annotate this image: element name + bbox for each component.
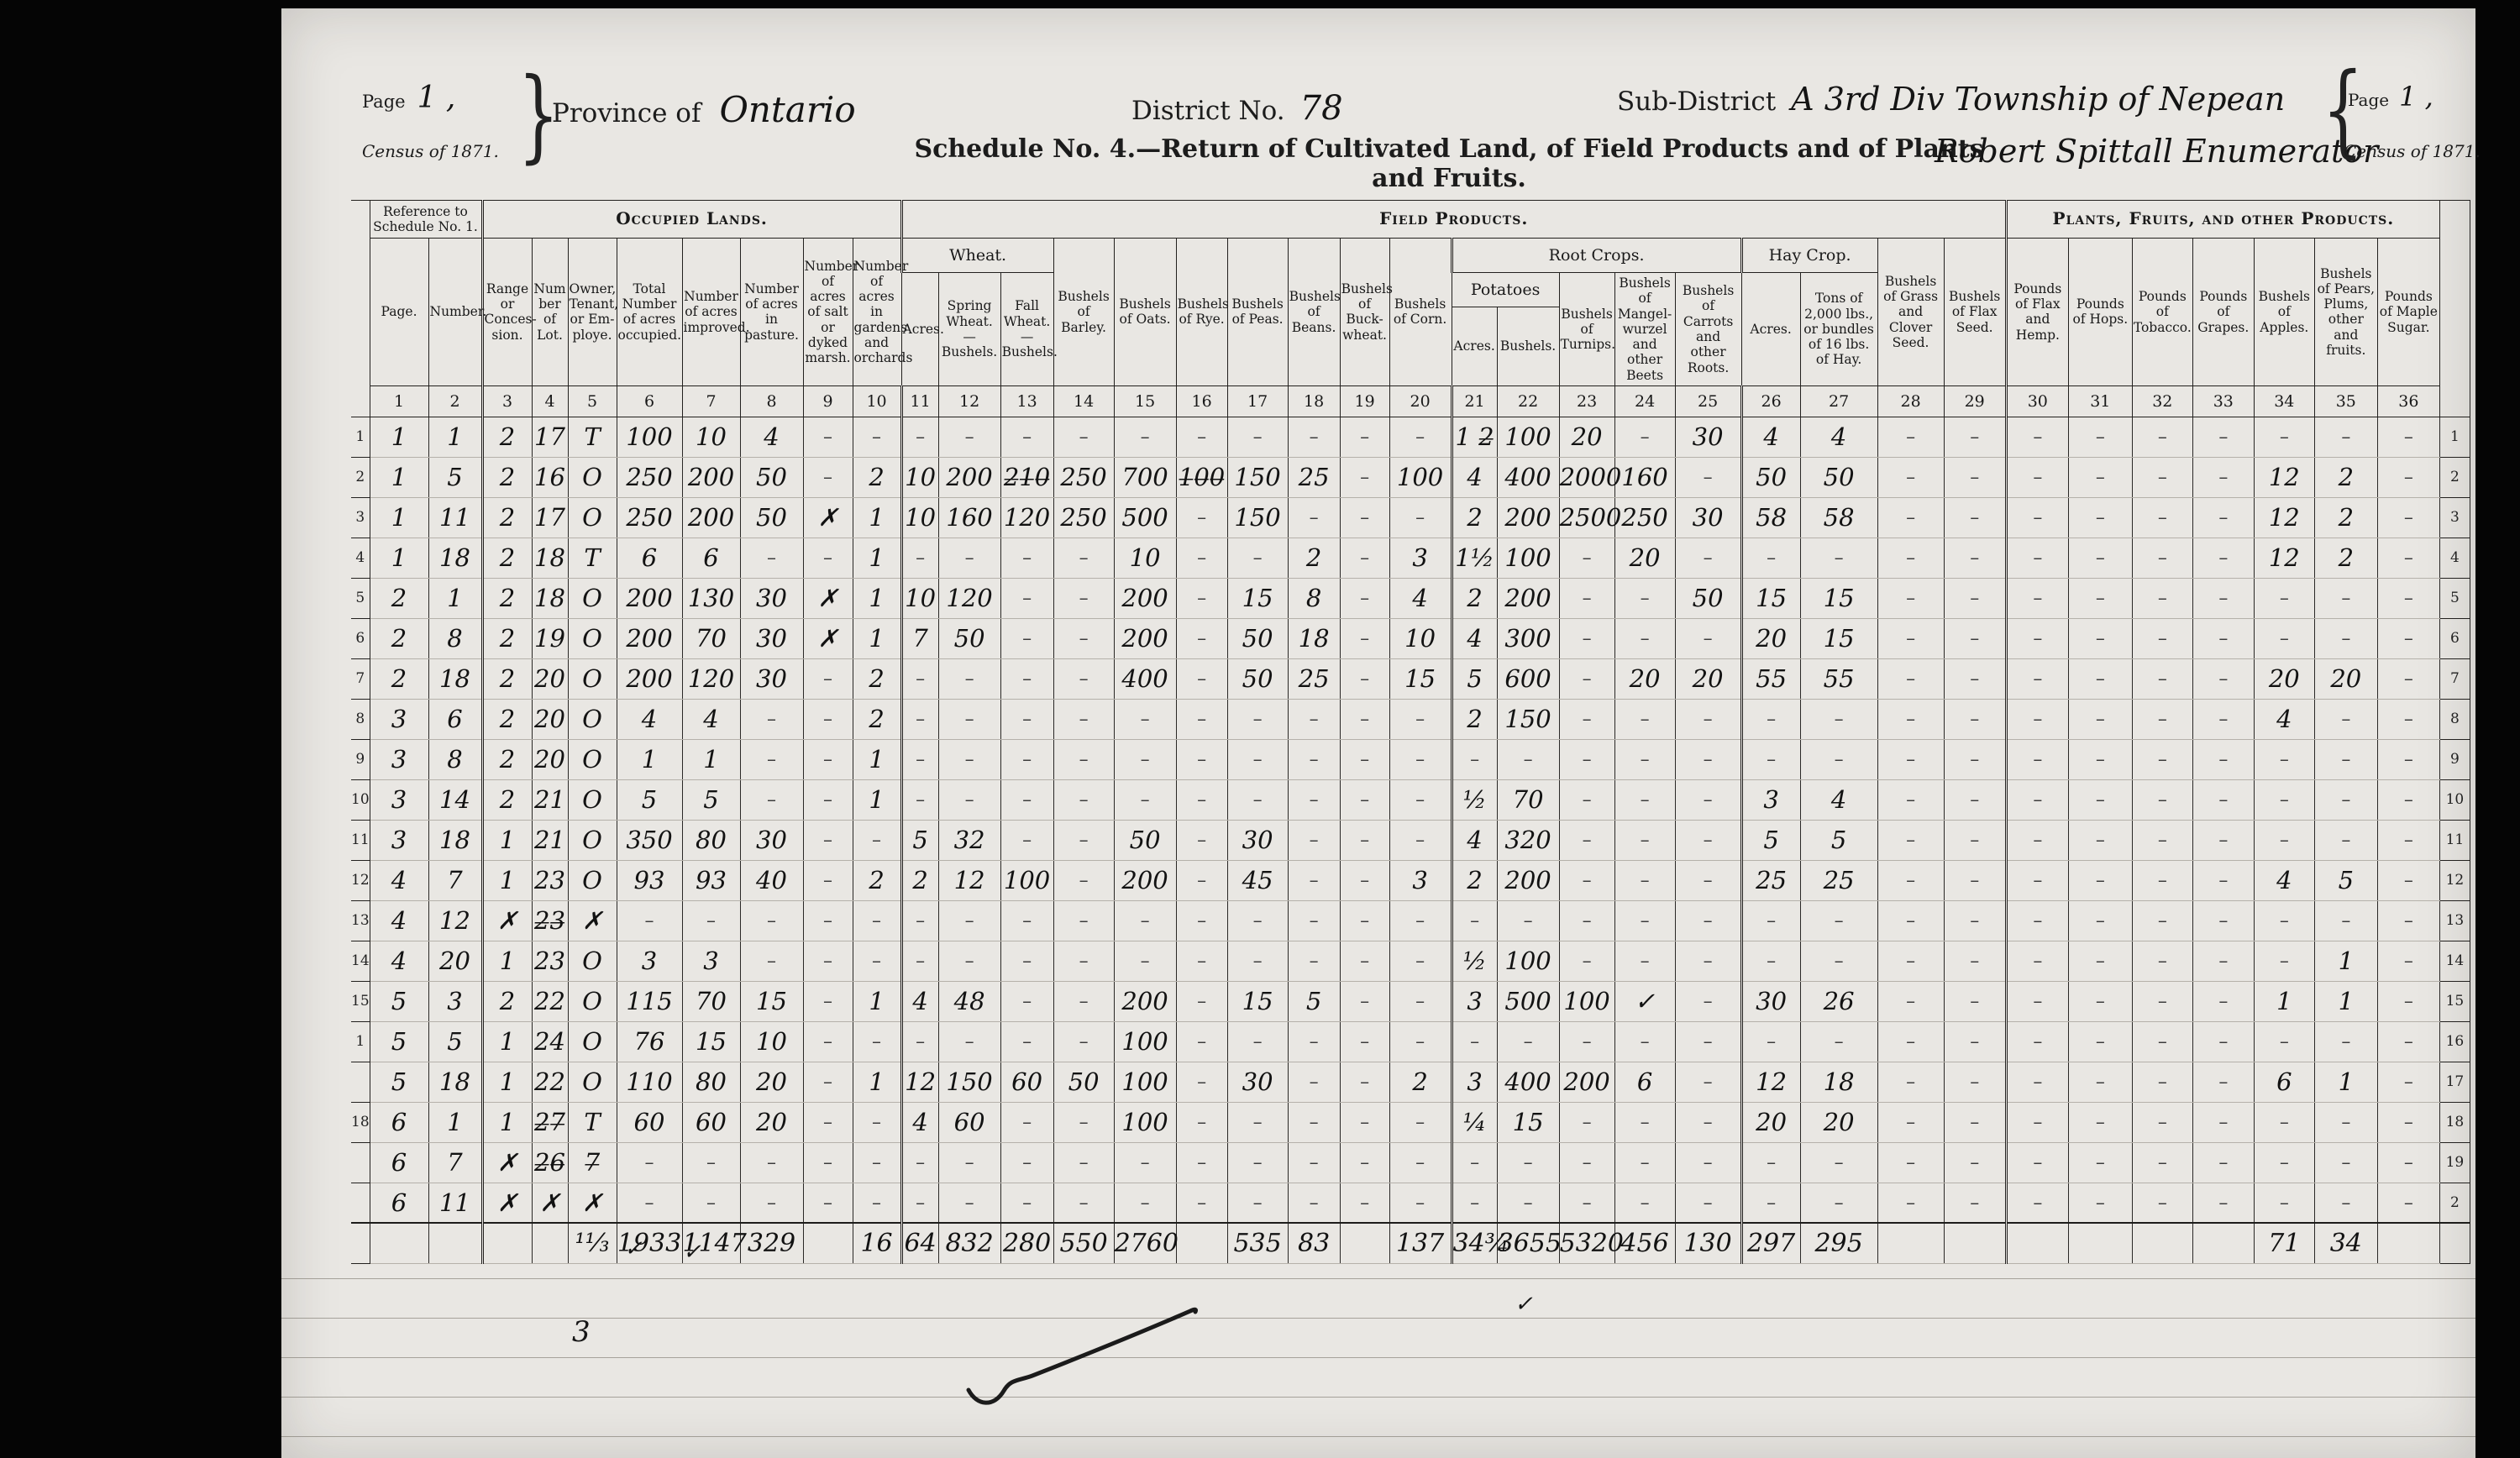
cell: 3 — [370, 739, 428, 779]
group-plants-fruits: Plants, Fruits, and other Products. — [2006, 201, 2439, 239]
cell: – — [2314, 578, 2377, 618]
row-number-right: 9 — [2439, 739, 2470, 779]
cell: – — [1877, 658, 1944, 699]
cell: 15 — [682, 1021, 740, 1062]
cell: 14 — [428, 779, 482, 820]
table-row: 4118218T66––1––––10––2–31½100–20––––––––… — [351, 538, 2470, 578]
cell: 55 — [1741, 658, 1800, 699]
cell: – — [1053, 417, 1114, 457]
cell: – — [1227, 417, 1288, 457]
cell: ✗ — [482, 900, 532, 941]
group-wheat: Wheat. — [901, 239, 1053, 273]
cell: – — [2068, 538, 2132, 578]
cell: – — [901, 779, 938, 820]
cell: – — [2132, 941, 2192, 981]
cell: – — [2314, 1102, 2377, 1142]
cell: 4 — [370, 941, 428, 981]
table-row: 628219O2007030✗1750––200–5018–104300–––2… — [351, 618, 2470, 658]
cell: – — [1176, 900, 1227, 941]
row-number-right: 2 — [2439, 457, 2470, 497]
cell: 58 — [1741, 497, 1800, 538]
cell: – — [1877, 538, 1944, 578]
cell: 4 — [901, 1102, 938, 1142]
cell: 7̶ — [568, 1142, 617, 1183]
cell: 6 — [2254, 1062, 2314, 1102]
cell: 2̶7̶ — [532, 1102, 568, 1142]
cell: – — [1877, 417, 1944, 457]
cell: – — [2377, 739, 2439, 779]
cell: 2̶3̶ — [532, 900, 568, 941]
cell: – — [2254, 618, 2314, 658]
cell: – — [1053, 900, 1114, 941]
cell: – — [1288, 497, 1340, 538]
cell: – — [740, 941, 803, 981]
cell: 10 — [682, 417, 740, 457]
cell: – — [853, 1183, 901, 1223]
cell: 1 — [428, 417, 482, 457]
cell: – — [1944, 739, 2006, 779]
cell: 1 — [853, 981, 901, 1021]
cell: 2 — [482, 658, 532, 699]
cell: O — [568, 618, 617, 658]
cell: – — [1389, 1183, 1452, 1223]
cell: – — [1176, 739, 1227, 779]
col-header-flax-seed: Bushels of Flax Seed. — [1944, 239, 2006, 386]
cell: – — [2006, 497, 2068, 538]
cell: – — [1000, 1183, 1053, 1223]
cell: – — [1877, 457, 1944, 497]
col-num: 33 — [2192, 385, 2254, 417]
cell: ✗ — [568, 900, 617, 941]
cell: – — [2006, 457, 2068, 497]
cell: – — [1227, 900, 1288, 941]
cell: 3 — [617, 941, 682, 981]
cell: – — [2132, 538, 2192, 578]
cell: – — [1340, 538, 1389, 578]
cell: 5320 — [1559, 1223, 1614, 1263]
cell: – — [2006, 1062, 2068, 1102]
cell: 150 — [1497, 699, 1559, 739]
cell: – — [1000, 820, 1053, 860]
cell: 5 — [901, 820, 938, 860]
cell: – — [1741, 538, 1800, 578]
table-row: 1553222O1157015–1448––200–155––3500100✓–… — [351, 981, 2470, 1021]
cell: – — [1227, 1102, 1288, 1142]
cell: 200 — [1497, 497, 1559, 538]
cell: – — [617, 1183, 682, 1223]
cell: 30 — [1227, 1062, 1288, 1102]
cell: 15 — [1800, 578, 1877, 618]
cell: – — [853, 417, 901, 457]
cell: 11 — [428, 497, 482, 538]
cell: – — [1340, 578, 1389, 618]
cell: 200 — [617, 658, 682, 699]
cell: – — [1389, 417, 1452, 457]
cell: 100 — [1497, 417, 1559, 457]
cell: – — [1176, 1062, 1227, 1102]
cell: – — [2132, 658, 2192, 699]
cell: – — [1944, 820, 2006, 860]
cell: – — [901, 1183, 938, 1223]
stray-three-mark: 3 — [572, 1315, 591, 1349]
cell: – — [2254, 820, 2314, 860]
scanned-census-page: { "header": { "page_label": "Page", "pag… — [0, 0, 2520, 1458]
cell: 6 — [428, 699, 482, 739]
cell: O — [568, 739, 617, 779]
cell: – — [2192, 1183, 2254, 1223]
cell: – — [1614, 820, 1675, 860]
cell: O — [568, 779, 617, 820]
cell: – — [2068, 578, 2132, 618]
cell: – — [1340, 1142, 1389, 1183]
cell: 12 — [2254, 497, 2314, 538]
cell: – — [853, 941, 901, 981]
cell: 1 — [370, 497, 428, 538]
cell: – — [2192, 578, 2254, 618]
cell: – — [1000, 578, 1053, 618]
row-number-right: 13 — [2439, 900, 2470, 941]
cell: – — [1176, 1021, 1227, 1062]
row-number-right: 3 — [2439, 497, 2470, 538]
cell: 1 — [370, 457, 428, 497]
row-number-right: 1 — [2439, 417, 2470, 457]
cell: 3 — [370, 699, 428, 739]
checkmark: ✓ — [624, 1236, 643, 1261]
cell: ✗ — [803, 618, 853, 658]
cell: – — [1288, 779, 1340, 820]
page-label: Page — [362, 92, 406, 112]
cell: – — [1559, 1102, 1614, 1142]
cell: 50 — [1741, 457, 1800, 497]
row-number-left: 4 — [351, 538, 370, 578]
cell: 1 — [853, 739, 901, 779]
cell: – — [1497, 1142, 1559, 1183]
cell: 250 — [617, 497, 682, 538]
cell: – — [938, 739, 1000, 779]
cell: 2 — [1452, 860, 1497, 900]
cell: 400 — [1114, 658, 1176, 699]
col-header-gardens: Number of acres in gardens and orchards — [853, 239, 901, 386]
cell: – — [1114, 417, 1176, 457]
col-num: 1 — [370, 385, 428, 417]
cell: 2 — [1452, 497, 1497, 538]
cell: 2 — [482, 417, 532, 457]
cell: – — [1176, 658, 1227, 699]
cell: 8 — [428, 618, 482, 658]
cell: 1 — [853, 618, 901, 658]
cell: 2̶6̶ — [532, 1142, 568, 1183]
cell: – — [1340, 417, 1389, 457]
cell: 280 — [1000, 1223, 1053, 1263]
col-num: 9 — [803, 385, 853, 417]
district-line: District No.78 — [1131, 89, 1343, 128]
cell: 6 — [682, 538, 740, 578]
cell: – — [2377, 900, 2439, 941]
col-num: 35 — [2314, 385, 2377, 417]
cell: – — [2254, 1102, 2314, 1142]
cell: – — [2314, 1183, 2377, 1223]
cell: 50 — [938, 618, 1000, 658]
cell: – — [1675, 1142, 1741, 1183]
census-of-1871-left: Census of 1871. — [362, 141, 499, 161]
cell: 832 — [938, 1223, 1000, 1263]
cell: 30 — [740, 618, 803, 658]
cell: 15 — [1389, 658, 1452, 699]
cell: 18 — [532, 578, 568, 618]
cell: 2 — [901, 860, 938, 900]
cell: 19 — [532, 618, 568, 658]
col-header-turnips: Bushels of Turnips. — [1559, 273, 1614, 386]
cell: 200 — [682, 497, 740, 538]
cell: 10 — [740, 1021, 803, 1062]
table-row: 67✗2̶6̶7̶–––––––––––––––––––––––––––––––… — [351, 1142, 2470, 1183]
cell: – — [2006, 699, 2068, 739]
page-label-left: Page1 , — [362, 81, 455, 115]
row-number-left: 8 — [351, 699, 370, 739]
cell: 60 — [1000, 1062, 1053, 1102]
cell: – — [740, 900, 803, 941]
cell: 535 — [1227, 1223, 1288, 1263]
cell: – — [803, 1142, 853, 1183]
cell: – — [803, 457, 853, 497]
cell: – — [1227, 1142, 1288, 1183]
cell: – — [617, 900, 682, 941]
cell: 4 — [740, 417, 803, 457]
cell: – — [1877, 1021, 1944, 1062]
cell: 200 — [617, 578, 682, 618]
cell: – — [1614, 1021, 1675, 1062]
cell: – — [938, 538, 1000, 578]
cell: – — [1288, 1102, 1340, 1142]
cell: 71 — [2254, 1223, 2314, 1263]
cell: – — [740, 779, 803, 820]
cell: – — [682, 900, 740, 941]
cell: – — [1176, 538, 1227, 578]
cell: – — [2377, 538, 2439, 578]
cell: – — [1559, 820, 1614, 860]
cell: 30 — [1227, 820, 1288, 860]
group-occupied-lands: Occupied Lands. — [482, 201, 901, 239]
cell: O — [568, 820, 617, 860]
cell: – — [2377, 618, 2439, 658]
col-header-corn: Bushels of Corn. — [1389, 239, 1452, 386]
col-num: 28 — [1877, 385, 1944, 417]
cell: – — [803, 900, 853, 941]
cell: – — [1053, 578, 1114, 618]
cell: 26 — [1800, 981, 1877, 1021]
cell: – — [1452, 900, 1497, 941]
col-num: 4 — [532, 385, 568, 417]
cell: – — [2314, 417, 2377, 457]
cell: – — [1000, 1021, 1053, 1062]
cell: 320 — [1497, 820, 1559, 860]
cell: – — [1340, 658, 1389, 699]
cell: – — [1741, 1021, 1800, 1062]
col-header-acres-pasture: Number of acres in pasture. — [740, 239, 803, 386]
cell: – — [1000, 658, 1053, 699]
cell: – — [2068, 900, 2132, 941]
table-header: Reference to Schedule No. 1. Occupied La… — [351, 201, 2470, 417]
cell — [2006, 1223, 2068, 1263]
col-num: 21 — [1452, 385, 1497, 417]
cell: 10 — [901, 497, 938, 538]
cell: – — [2254, 1183, 2314, 1223]
col-num: 6 — [617, 385, 682, 417]
cell: 456 — [1614, 1223, 1675, 1263]
cell: – — [1227, 538, 1288, 578]
cell: 25 — [1288, 457, 1340, 497]
cell — [370, 1223, 428, 1263]
cell: – — [1877, 618, 1944, 658]
cell: – — [2192, 538, 2254, 578]
cell: 4 — [682, 699, 740, 739]
cell: – — [803, 1021, 853, 1062]
cell: – — [1877, 1183, 1944, 1223]
col-num: 27 — [1800, 385, 1877, 417]
cell: – — [853, 1102, 901, 1142]
cell: 100 — [617, 417, 682, 457]
cell: – — [1741, 699, 1800, 739]
cell: – — [1497, 1021, 1559, 1062]
cell: – — [1675, 618, 1741, 658]
cell: 70 — [1497, 779, 1559, 820]
cell: – — [2068, 739, 2132, 779]
cell: 48 — [938, 981, 1000, 1021]
cell: – — [1559, 739, 1614, 779]
row-number-left: 2 — [351, 457, 370, 497]
cell: 20 — [532, 699, 568, 739]
cell: – — [2068, 1183, 2132, 1223]
cell: 1 — [2314, 941, 2377, 981]
cell: – — [901, 739, 938, 779]
cell: – — [1340, 981, 1389, 1021]
cell: – — [2192, 941, 2254, 981]
cell: 80 — [682, 1062, 740, 1102]
cell: – — [1944, 618, 2006, 658]
cell: – — [2377, 417, 2439, 457]
cell: – — [1389, 1102, 1452, 1142]
cell: – — [1053, 779, 1114, 820]
cell: – — [2377, 699, 2439, 739]
cell: 50 — [1675, 578, 1741, 618]
cell: 1 — [853, 497, 901, 538]
cell: – — [1340, 779, 1389, 820]
cell: – — [1176, 1102, 1227, 1142]
cell: – — [2132, 417, 2192, 457]
cell: – — [1340, 820, 1389, 860]
table-row: 10314221O55––1––––––––––½70–––34––––––––… — [351, 779, 2470, 820]
cell: – — [1675, 900, 1741, 941]
cell — [2132, 1223, 2192, 1263]
cell: – — [1559, 1142, 1614, 1183]
cell: – — [1944, 699, 2006, 739]
cell: 3 — [1452, 1062, 1497, 1102]
row-number-right: 12 — [2439, 860, 2470, 900]
cell: – — [2132, 1142, 2192, 1183]
cell: 4 — [1389, 578, 1452, 618]
cell: 32 — [938, 820, 1000, 860]
cell: – — [938, 941, 1000, 981]
cell: – — [2068, 1021, 2132, 1062]
cell: 20 — [2254, 658, 2314, 699]
cell: 5 — [428, 457, 482, 497]
cell: 4 — [2254, 699, 2314, 739]
cell: 3 — [1389, 860, 1452, 900]
cell: 15 — [1741, 578, 1800, 618]
row-number-right: 4 — [2439, 538, 2470, 578]
cell: – — [2132, 981, 2192, 1021]
cell: – — [938, 699, 1000, 739]
cell: 4 — [2254, 860, 2314, 900]
subdistrict-handwritten: A 3rd Div Township of Nepean — [1791, 81, 2285, 118]
cell: – — [1000, 538, 1053, 578]
cell: – — [803, 941, 853, 981]
cell: 93 — [682, 860, 740, 900]
cell: – — [1000, 1102, 1053, 1142]
cell: – — [2006, 900, 2068, 941]
cell: 1 — [370, 417, 428, 457]
cell: 2000 — [1559, 457, 1614, 497]
cell: – — [1741, 1142, 1800, 1183]
cell: – — [1340, 457, 1389, 497]
cell: – — [1800, 538, 1877, 578]
cell: – — [2314, 739, 2377, 779]
row-number-right: 5 — [2439, 578, 2470, 618]
cell: – — [901, 699, 938, 739]
cell: 500 — [1114, 497, 1176, 538]
cell: 1½ — [1452, 538, 1497, 578]
col-header-hay-tons: Tons of 2,000 lbs., or bundles of 16 lbs… — [1800, 273, 1877, 386]
cell: – — [1053, 699, 1114, 739]
cell — [2377, 1223, 2439, 1263]
cell: – — [1497, 739, 1559, 779]
cell: 500 — [1497, 981, 1559, 1021]
col-num: 32 — [2132, 385, 2192, 417]
col-num: 19 — [1340, 385, 1389, 417]
col-num: 2 — [428, 385, 482, 417]
col-num: 20 — [1389, 385, 1452, 417]
cell: – — [901, 658, 938, 699]
cell: 30 — [1675, 417, 1741, 457]
cell: 2 — [853, 457, 901, 497]
cell: 250 — [1053, 457, 1114, 497]
cell: – — [1944, 941, 2006, 981]
cell: – — [1675, 538, 1741, 578]
cell: 2 — [482, 699, 532, 739]
col-num: 26 — [1741, 385, 1800, 417]
cell: 150 — [1227, 497, 1288, 538]
cell: 18 — [428, 658, 482, 699]
cell: – — [1053, 658, 1114, 699]
cell: – — [1614, 941, 1675, 981]
cell: – — [1741, 900, 1800, 941]
cell: 2 — [482, 618, 532, 658]
cell: – — [1053, 981, 1114, 1021]
cell: – — [938, 900, 1000, 941]
cell: 5 — [1741, 820, 1800, 860]
cell: 150 — [938, 1062, 1000, 1102]
cell: – — [1114, 941, 1176, 981]
cell: – — [1675, 1183, 1741, 1223]
cell: 1 — [2314, 981, 2377, 1021]
cell: – — [2254, 1142, 2314, 1183]
cell: 3 — [682, 941, 740, 981]
cell: 400 — [1497, 1062, 1559, 1102]
cell: 2 — [482, 779, 532, 820]
cell: 60 — [682, 1102, 740, 1142]
cell: – — [2377, 860, 2439, 900]
cell: O — [568, 497, 617, 538]
